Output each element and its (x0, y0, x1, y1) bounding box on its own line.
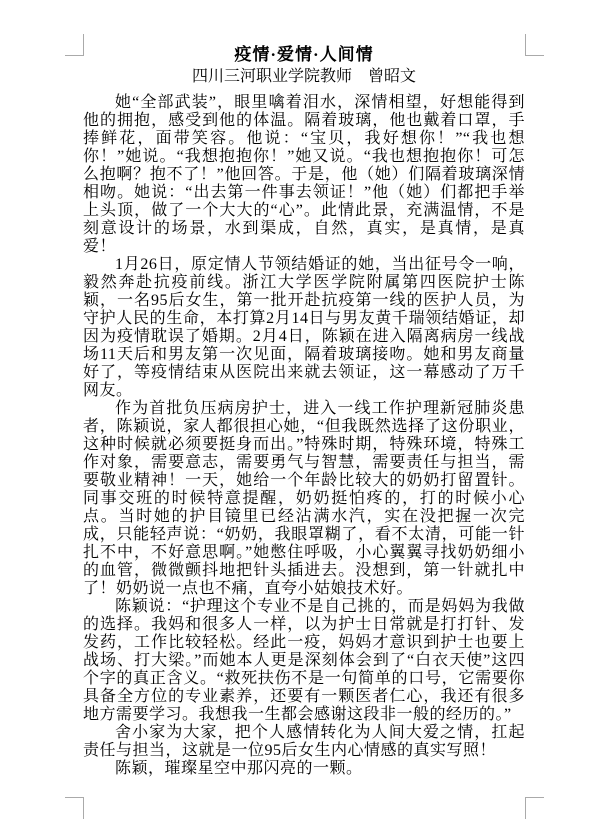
document-byline: 四川三河职业学院教师 曾昭文 (83, 66, 525, 88)
paragraph-5: 舍小家为大家，把个人感情转化为人间大爱之情，扛起责任与担当，这就是一位95后女生… (83, 724, 525, 760)
page-margin-mark-top-right (525, 34, 544, 56)
document-content: 疫情·爱情·人间情 四川三河职业学院教师 曾昭文 她“全部武装”，眼里噙着泪水，… (83, 44, 525, 778)
document-page: 疫情·爱情·人间情 四川三河职业学院教师 曾昭文 她“全部武装”，眼里噙着泪水，… (0, 0, 589, 834)
page-margin-mark-top-left (65, 34, 84, 56)
paragraph-3: 作为首批负压病房护士，进入一线工作护理新冠肺炎患者，陈颖说，家人都很担心她，“但… (83, 400, 525, 598)
paragraph-4: 陈颖说：“护理这个专业不是自己挑的，而是妈妈为我做的选择。我妈和很多人一样，以为… (83, 598, 525, 724)
paragraph-2: 1月26日，原定情人节领结婚证的她，当出征号令一响，毅然奔赴抗疫前线。浙江大学医… (83, 256, 525, 400)
document-title: 疫情·爱情·人间情 (83, 44, 525, 66)
paragraph-6: 陈颖，璀璨星空中那闪亮的一颗。 (83, 760, 525, 778)
paragraph-1: 她“全部武装”，眼里噙着泪水，深情相望，好想能得到他的拥抱，感受到他的体温。隔着… (83, 94, 525, 256)
page-margin-mark-bottom-right (525, 797, 544, 819)
page-margin-mark-bottom-left (65, 797, 84, 819)
document-body: 她“全部武装”，眼里噙着泪水，深情相望，好想能得到他的拥抱，感受到他的体温。隔着… (83, 94, 525, 778)
